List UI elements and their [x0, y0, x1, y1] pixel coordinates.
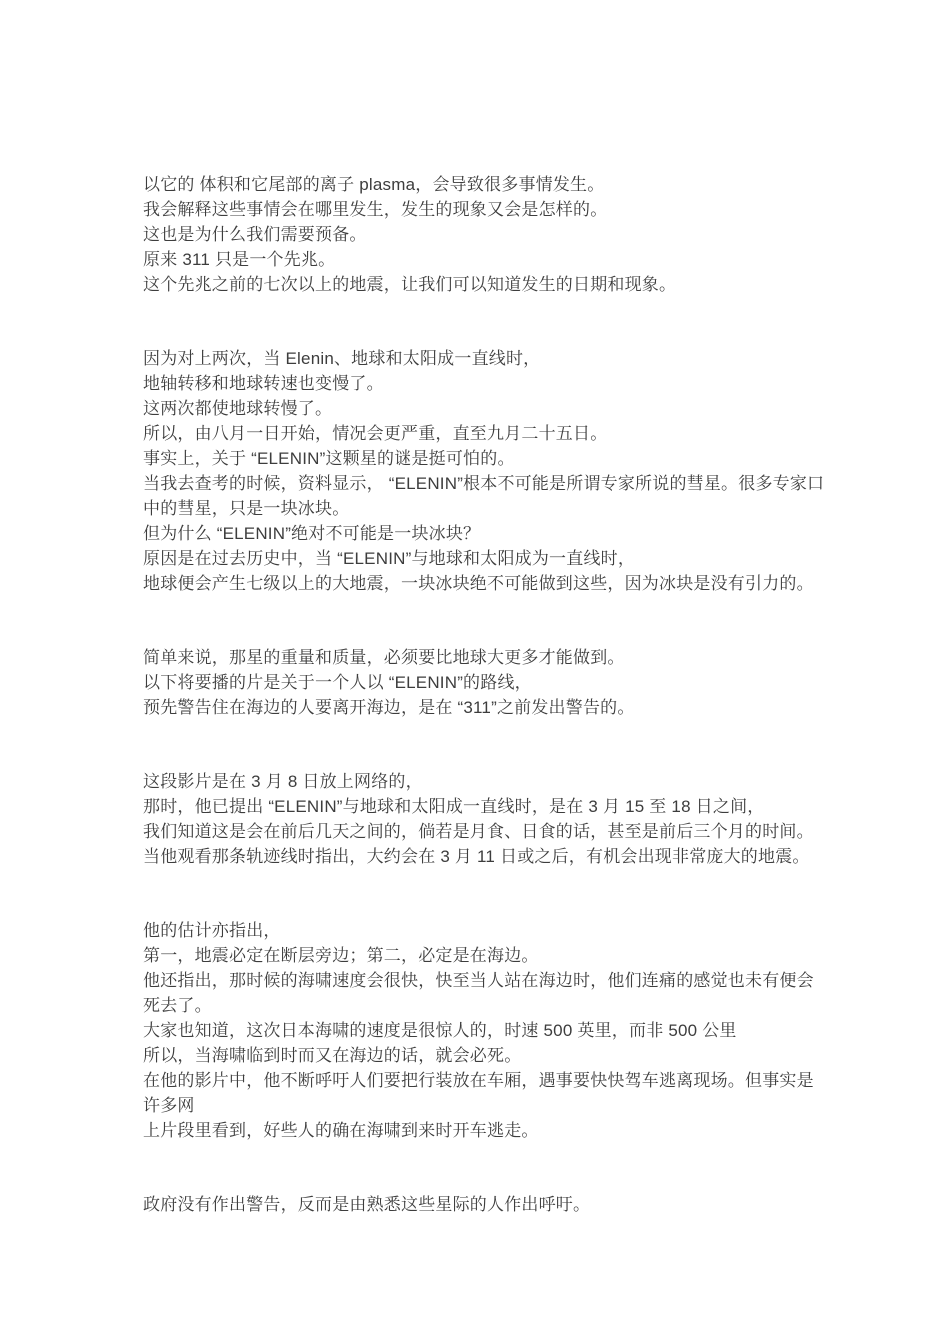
text-line: 这段影片是在 3 月 8 日放上网络的，: [143, 769, 863, 794]
text-line: 第一，地震必定在断层旁边；第二，必定是在海边。: [143, 943, 863, 968]
text-line: 所以，当海啸临到时而又在海边的话，就会必死。: [143, 1043, 863, 1068]
text-line: 以下将要播的片是关于一个人以 “ELENIN”的路线，: [143, 670, 863, 695]
text-line: 原来 311 只是一个先兆。: [143, 247, 863, 272]
text-line: 我会解释这些事情会在哪里发生，发生的现象又会是怎样的。: [143, 197, 863, 222]
text-line: 当他观看那条轨迹线时指出，大约会在 3 月 11 日或之后，有机会出现非常庞大的…: [143, 844, 863, 869]
text-line: 这也是为什么我们需要预备。: [143, 222, 863, 247]
text-line: 这两次都使地球转慢了。: [143, 396, 863, 421]
text-line: 这个先兆之前的七次以上的地震，让我们可以知道发生的日期和现象。: [143, 272, 863, 297]
text-line: 原因是在过去历史中，当 “ELENIN”与地球和太阳成为一直线时，: [143, 546, 863, 571]
text-line: 地球便会产生七级以上的大地震，一块冰块绝不可能做到这些，因为冰块是没有引力的。: [143, 571, 863, 596]
text-line: 在他的影片中，他不断呼吁人们要把行装放在车厢，遇事要快快驾车逃离现场。但事实是: [143, 1068, 863, 1093]
paragraph: 政府没有作出警告，反而是由熟悉这些星际的人作出呼吁。: [143, 1192, 863, 1217]
text-line: 死去了。: [143, 993, 863, 1018]
text-line: 地轴转移和地球转速也变慢了。: [143, 371, 863, 396]
text-line: 我们知道这是会在前后几天之间的，倘若是月食、日食的话，甚至是前后三个月的时间。: [143, 819, 863, 844]
text-line: 所以，由八月一日开始，情况会更严重，直至九月二十五日。: [143, 421, 863, 446]
paragraph: 以它的 体积和它尾部的离子 plasma，会导致很多事情发生。我会解释这些事情会…: [143, 172, 863, 297]
text-line: 因为对上两次，当 Elenin、地球和太阳成一直线时，: [143, 346, 863, 371]
text-line: 他的估计亦指出，: [143, 918, 863, 943]
text-line: 以它的 体积和它尾部的离子 plasma，会导致很多事情发生。: [143, 172, 863, 197]
text-line: 大家也知道，这次日本海啸的速度是很惊人的，时速 500 英里，而非 500 公里: [143, 1018, 863, 1043]
text-line: 许多网: [143, 1093, 863, 1118]
text-line: 预先警告住在海边的人要离开海边，是在 “311”之前发出警告的。: [143, 695, 863, 720]
text-line: 上片段里看到，好些人的确在海啸到来时开车逃走。: [143, 1118, 863, 1143]
document-page: 以它的 体积和它尾部的离子 plasma，会导致很多事情发生。我会解释这些事情会…: [0, 0, 950, 1344]
text-line: 政府没有作出警告，反而是由熟悉这些星际的人作出呼吁。: [143, 1192, 863, 1217]
text-line: 但为什么 “ELENIN”绝对不可能是一块冰块？: [143, 521, 863, 546]
text-line: 中的彗星，只是一块冰块。: [143, 496, 863, 521]
paragraph: 这段影片是在 3 月 8 日放上网络的，那时，他已提出 “ELENIN”与地球和…: [143, 769, 863, 869]
text-line: 那时，他已提出 “ELENIN”与地球和太阳成一直线时，是在 3 月 15 至 …: [143, 794, 863, 819]
text-line: 他还指出，那时候的海啸速度会很快，快至当人站在海边时，他们连痛的感觉也未有便会: [143, 968, 863, 993]
document-body: 以它的 体积和它尾部的离子 plasma，会导致很多事情发生。我会解释这些事情会…: [143, 172, 863, 1266]
text-line: 简单来说，那星的重量和质量，必须要比地球大更多才能做到。: [143, 645, 863, 670]
paragraph: 简单来说，那星的重量和质量，必须要比地球大更多才能做到。以下将要播的片是关于一个…: [143, 645, 863, 720]
text-line: 当我去查考的时候，资料显示， “ELENIN”根本不可能是所谓专家所说的彗星。很…: [143, 471, 863, 496]
text-line: 事实上，关于 “ELENIN”这颗星的谜是挺可怕的。: [143, 446, 863, 471]
paragraph: 他的估计亦指出，第一，地震必定在断层旁边；第二，必定是在海边。他还指出，那时候的…: [143, 918, 863, 1143]
paragraph: 因为对上两次，当 Elenin、地球和太阳成一直线时，地轴转移和地球转速也变慢了…: [143, 346, 863, 596]
